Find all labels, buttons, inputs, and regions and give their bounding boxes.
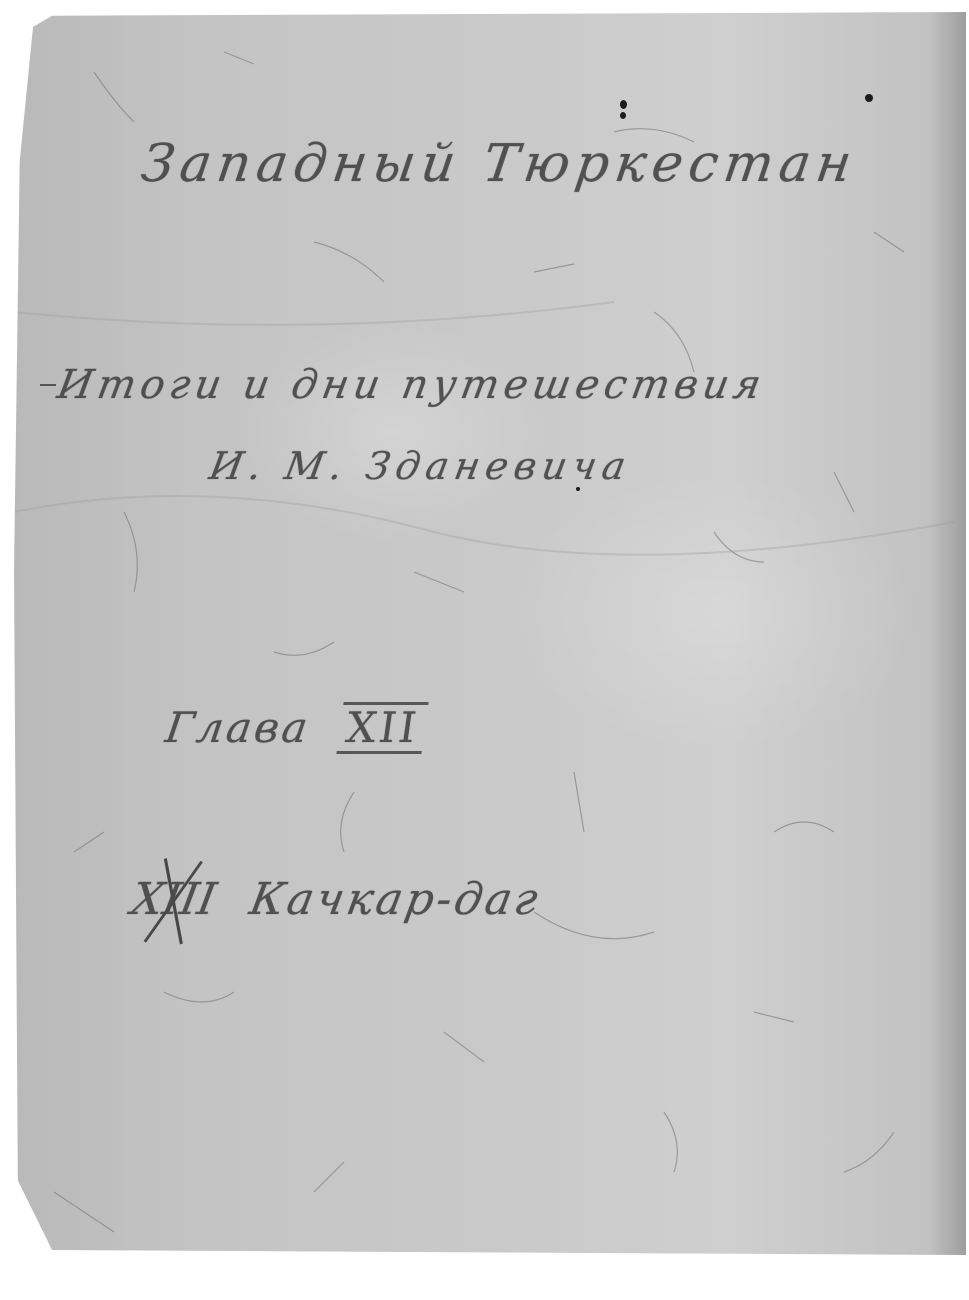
ink-blot — [620, 100, 627, 109]
ink-blot — [620, 112, 626, 119]
place-name: Качкар-даг — [246, 874, 545, 925]
chapter-heading: Глава XII — [162, 702, 428, 754]
manuscript-subtitle-line-1: Итоги и дни путешествия — [54, 362, 769, 408]
manuscript-author-line: И. М. Зданевича — [206, 444, 635, 488]
paper-texture — [14, 12, 966, 1255]
manuscript-title: Западный Тюркестан — [138, 134, 861, 194]
manuscript-page: Западный Тюркестан Итоги и дни путешеств… — [14, 12, 966, 1255]
chapter-place-line: XIII Качкар-даг — [128, 874, 545, 925]
ink-blot — [865, 94, 873, 102]
chapter-label: Глава — [163, 703, 314, 752]
chapter-numeral: XII — [337, 702, 428, 754]
subtitle-dash — [40, 384, 56, 386]
struck-out-text: XIII — [128, 874, 220, 925]
